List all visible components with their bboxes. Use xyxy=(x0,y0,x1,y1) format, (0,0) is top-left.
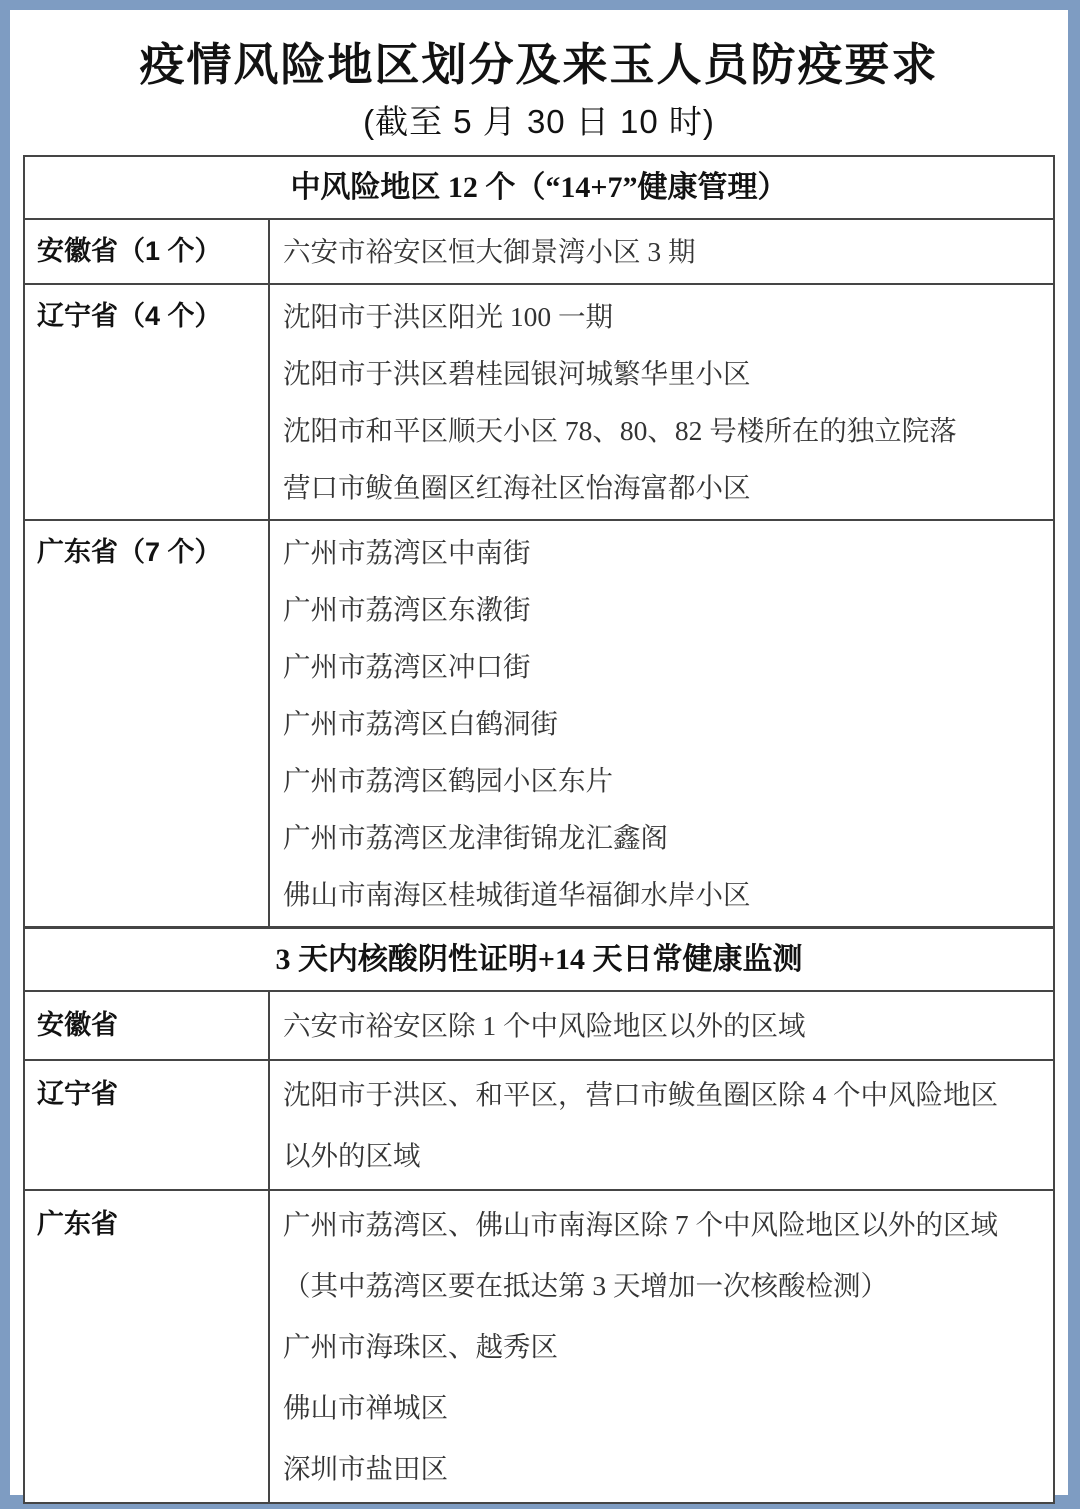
region-line: 佛山市禅城区 xyxy=(283,1377,1043,1438)
page: 疫情风险地区划分及来玉人员防疫要求 (截至 5 月 30 日 10 时) 中风险… xyxy=(10,10,1068,1495)
table-row: 广东省广州市荔湾区、佛山市南海区除 7 个中风险地区以外的区域（其中荔湾区要在抵… xyxy=(25,1189,1053,1502)
region-line: 佛山市南海区桂城街道华福御水岸小区 xyxy=(283,866,1043,923)
region-cell: 六安市裕安区除 1 个中风险地区以外的区域 xyxy=(270,992,1053,1059)
section-header: 3 天内核酸阴性证明+14 天日常健康监测 xyxy=(25,926,1053,990)
region-line: 沈阳市和平区顺天小区 78、80、82 号楼所在的独立院落 xyxy=(283,402,1043,459)
region-cell: 广州市荔湾区、佛山市南海区除 7 个中风险地区以外的区域（其中荔湾区要在抵达第 … xyxy=(270,1191,1053,1502)
region-line: 广州市荔湾区冲口街 xyxy=(283,638,1043,695)
region-line: 沈阳市于洪区碧桂园银河城繁华里小区 xyxy=(283,345,1043,402)
region-line: 沈阳市于洪区、和平区，营口市鲅鱼圈区除 4 个中风险地区 xyxy=(283,1064,1043,1125)
region-cell: 广州市荔湾区中南街广州市荔湾区东漖街广州市荔湾区冲口街广州市荔湾区白鹤洞街广州市… xyxy=(270,521,1053,926)
table-row: 安徽省六安市裕安区除 1 个中风险地区以外的区域 xyxy=(25,990,1053,1059)
province-label: 安徽省 xyxy=(25,992,270,1059)
province-label: 广东省（7 个） xyxy=(25,521,270,926)
region-line: 深圳市盐田区 xyxy=(283,1438,1043,1499)
province-label: 辽宁省（4 个） xyxy=(25,285,270,519)
risk-table: 中风险地区 12 个（“14+7”健康管理）安徽省（1 个）六安市裕安区恒大御景… xyxy=(23,155,1055,1504)
page-title: 疫情风险地区划分及来玉人员防疫要求 xyxy=(30,38,1048,92)
region-line: 广州市荔湾区龙津街锦龙汇鑫阁 xyxy=(283,809,1043,866)
region-line: 以外的区域 xyxy=(283,1125,1043,1186)
section-header: 中风险地区 12 个（“14+7”健康管理） xyxy=(25,157,1053,218)
region-line: 广州市海珠区、越秀区 xyxy=(283,1316,1043,1377)
region-cell: 沈阳市于洪区阳光 100 一期沈阳市于洪区碧桂园银河城繁华里小区沈阳市和平区顺天… xyxy=(270,285,1053,519)
province-label: 安徽省（1 个） xyxy=(25,220,270,283)
province-label: 广东省 xyxy=(25,1191,270,1502)
province-label: 辽宁省 xyxy=(25,1061,270,1189)
region-line: 广州市荔湾区白鹤洞街 xyxy=(283,695,1043,752)
region-line: 沈阳市于洪区阳光 100 一期 xyxy=(283,288,1043,345)
region-line: 广州市荔湾区鹤园小区东片 xyxy=(283,752,1043,809)
region-line: 六安市裕安区恒大御景湾小区 3 期 xyxy=(283,223,1043,280)
region-line: 营口市鲅鱼圈区红海社区怡海富都小区 xyxy=(283,459,1043,516)
canvas: { "page": { "title": "疫情风险地区划分及来玉人员防疫要求"… xyxy=(0,0,1080,1509)
region-line: 广州市荔湾区东漖街 xyxy=(283,581,1043,638)
page-subtitle: (截至 5 月 30 日 10 时) xyxy=(30,102,1048,142)
region-line: （其中荔湾区要在抵达第 3 天增加一次核酸检测） xyxy=(283,1255,1043,1316)
region-line: 广州市荔湾区中南街 xyxy=(283,524,1043,581)
region-cell: 六安市裕安区恒大御景湾小区 3 期 xyxy=(270,220,1053,283)
region-line: 广州市荔湾区、佛山市南海区除 7 个中风险地区以外的区域 xyxy=(283,1194,1043,1255)
region-cell: 沈阳市于洪区、和平区，营口市鲅鱼圈区除 4 个中风险地区以外的区域 xyxy=(270,1061,1053,1189)
table-row: 安徽省（1 个）六安市裕安区恒大御景湾小区 3 期 xyxy=(25,218,1053,283)
table-row: 广东省（7 个）广州市荔湾区中南街广州市荔湾区东漖街广州市荔湾区冲口街广州市荔湾… xyxy=(25,519,1053,926)
region-line: 六安市裕安区除 1 个中风险地区以外的区域 xyxy=(283,995,1043,1056)
table-row: 辽宁省（4 个）沈阳市于洪区阳光 100 一期沈阳市于洪区碧桂园银河城繁华里小区… xyxy=(25,283,1053,519)
table-row: 辽宁省沈阳市于洪区、和平区，营口市鲅鱼圈区除 4 个中风险地区以外的区域 xyxy=(25,1059,1053,1189)
